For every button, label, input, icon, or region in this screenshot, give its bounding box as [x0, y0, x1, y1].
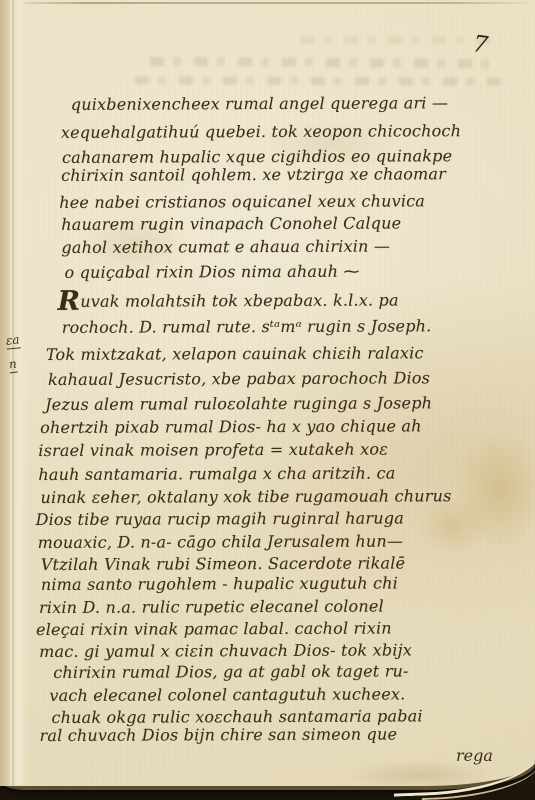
manuscript-line: hee nabei cristianos oquicanel xeux chuv…	[59, 192, 425, 211]
manuscript-line: Dios tibe ruyaa rucip magih ruginral har…	[36, 509, 404, 528]
manuscript-line: ral chuvach Dios bijn chire san simeon q…	[39, 725, 397, 744]
manuscript-line: rixin D. n.a. rulic rupetic elecanel col…	[39, 597, 384, 616]
manuscript-line: chirixin santoil qohlem. xe vtzirga xe c…	[61, 165, 446, 184]
manuscript-line: hauarem rugin vinapach Conohel Calque	[61, 214, 401, 233]
manuscript-line: kahaual Jesucristo, xbe pabax parochoch …	[48, 369, 430, 388]
manuscript-line: uinak ɛeher, oktalany xok tibe rugamouah…	[40, 487, 451, 506]
manuscript-line: xequehalgatihuú quebei. tok xeopon chico…	[61, 122, 461, 141]
catchword: rega	[456, 746, 493, 765]
manuscript-line: eleçai rixin vinak pamac labal. cachol r…	[36, 619, 392, 638]
manuscript-line: Ruvak molahtsih tok xbepabax. k.l.x. pa	[58, 291, 399, 310]
decorated-initial: R	[58, 286, 81, 317]
manuscript-line: israel vinak moisen profeta = xutakeh xo…	[38, 440, 388, 459]
manuscript-line: nima santo rugohlem - hupalic xugutuh ch…	[41, 574, 398, 593]
manuscript-line: o quiçabal rixin Dios nima ahauh ⁓	[64, 263, 359, 282]
manuscript-line: chirixin rumal Dios, ga at gabl ok taget…	[53, 662, 409, 681]
manuscript-line: mac. gi yamul x ciɛin chuvach Dios- tok …	[39, 641, 412, 660]
manuscript-line: Vtzilah Vinak rubi Simeon. Sacerdote rik…	[41, 554, 406, 573]
manuscript-line: hauh santamaria. rumalga x cha aritzih. …	[38, 464, 395, 483]
manuscript-line: Jezus alem rumal ruloɛolahte ruginga s J…	[45, 394, 432, 413]
manuscript-line: rochoch. D. rumal rute. sᵗᵃmᵃ rugin s Jo…	[62, 317, 432, 336]
manuscript-line: Tok mixtzakat, xelapon cauinak chiɛih ra…	[46, 344, 424, 363]
manuscript-line: vach elecanel colonel cantagutuh xucheex…	[49, 685, 405, 704]
manuscript-line: ohertzih pixab rumal Dios- ha x yao chiq…	[40, 417, 422, 436]
manuscript-line: gahol xetihox cumat e ahaua chirixin —	[61, 237, 390, 256]
manuscript-text-block: quixbenixencheex rumal angel querega ari…	[0, 0, 535, 787]
manuscript-line: quixbenixencheex rumal angel querega ari…	[71, 94, 448, 113]
manuscript-photo: 7 ɛa n quixbenixencheex rumal angel quer…	[0, 0, 535, 800]
manuscript-line: mouaxic, D. n-a- cāgo chila Jerusalem hu…	[38, 532, 404, 551]
manuscript-page: 7 ɛa n quixbenixencheex rumal angel quer…	[0, 0, 535, 786]
